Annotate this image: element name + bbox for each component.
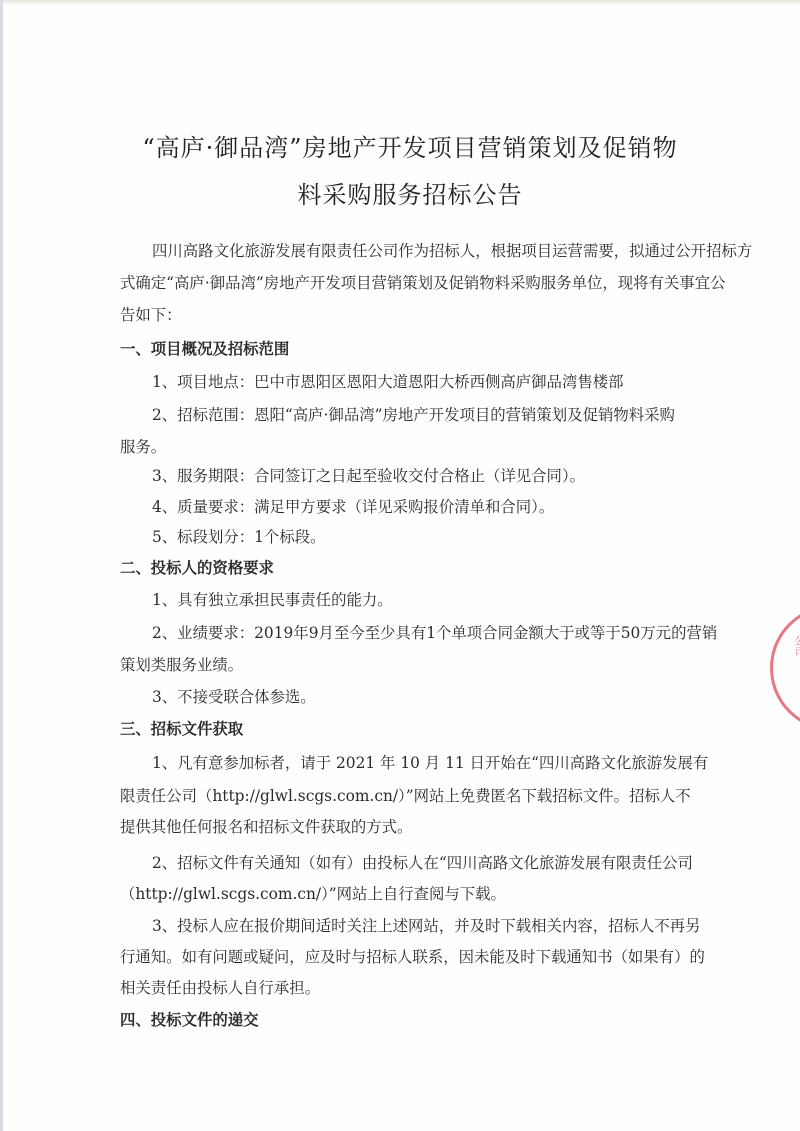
- section-1-item-2-line-1: 2、招标范围：恩阳“高庐·御品湾”房地产开发项目的营销策划及促销物料采购: [152, 403, 675, 425]
- intro-line-1: 四川高路文化旅游发展有限责任公司作为招标人，根据项目运营需要，拟通过公开招标方: [152, 239, 752, 261]
- section-3-item-2-line-1: 2、招标文件有关通知（如有）由投标人在“四川高路文化旅游发展有限责任公司: [152, 851, 693, 873]
- section-1-item-3: 3、服务期限：合同签订之日起至验收交付合格止（详见合同）。: [152, 464, 585, 486]
- section-1-item-1: 1、项目地点：巴中市恩阳区恩阳大道恩阳大桥西侧高庐御品湾售楼部: [152, 370, 624, 392]
- section-3-item-1-line-2: 限责任公司（http://glwl.scgs.com.cn/）”网站上免费匿名下…: [120, 784, 691, 806]
- section-1-item-5: 5、标段划分：1个标段。: [152, 525, 326, 547]
- document-title-line-2: 料采购服务招标公告: [100, 175, 720, 210]
- document-page: “高庐·御品湾”房地产开发项目营销策划及促销物 料采购服务招标公告 四川高路文化…: [0, 0, 800, 1131]
- section-heading-1: 一、项目概况及招标范围: [120, 337, 289, 359]
- section-3-item-3-line-1: 3、投标人应在报价期间适时关注上述网站，并及时下载相关内容，招标人不再另: [152, 914, 700, 936]
- section-2-item-2-line-2: 策划类服务业绩。: [120, 653, 243, 675]
- section-3-item-3-line-3: 相关责任由投标人自行承担。: [120, 976, 320, 998]
- scan-edge-left: [0, 0, 3, 1131]
- section-heading-4: 四、投标文件的递交: [120, 1008, 259, 1030]
- document-title-line-1: “高庐·御品湾”房地产开发项目营销策划及促销物: [100, 128, 720, 163]
- seal-text: 公司: [790, 635, 800, 657]
- intro-line-3: 告如下：: [120, 303, 182, 325]
- section-3-item-1-line-1: 1、凡有意参加标者，请于 2021 年 10 月 11 日开始在“四川高路文化旅…: [152, 751, 708, 773]
- section-heading-3: 三、招标文件获取: [120, 717, 243, 739]
- section-2-item-3: 3、不接受联合体参选。: [152, 685, 316, 707]
- section-3-item-1-line-3: 提供其他任何报名和招标文件获取的方式。: [120, 815, 412, 837]
- section-1-item-4: 4、质量要求：满足甲方要求（详见采购报价清单和合同）。: [152, 495, 554, 517]
- intro-line-2: 式确定“高庐·御品湾”房地产开发项目营销策划及促销物料采购服务单位，现将有关事宜…: [120, 271, 725, 293]
- section-2-item-1: 1、具有独立承担民事责任的能力。: [152, 588, 393, 610]
- section-3-item-2-line-2: （http://glwl.scgs.com.cn/）”网站上自行查阅与下载。: [120, 882, 506, 904]
- section-2-item-2-line-1: 2、业绩要求：2019年9月至今至少具有1个单项合同金额大于或等于50万元的营销: [152, 621, 717, 643]
- scan-edge-top: [0, 0, 800, 5]
- section-3-item-3-line-2: 行通知。如有问题或疑问，应及时与招标人联系，因未能及时下载通知书（如果有）的: [120, 945, 705, 967]
- section-1-item-2-line-2: 服务。: [120, 435, 166, 457]
- section-heading-2: 二、投标人的资格要求: [120, 556, 274, 578]
- official-seal-stamp: [770, 605, 800, 731]
